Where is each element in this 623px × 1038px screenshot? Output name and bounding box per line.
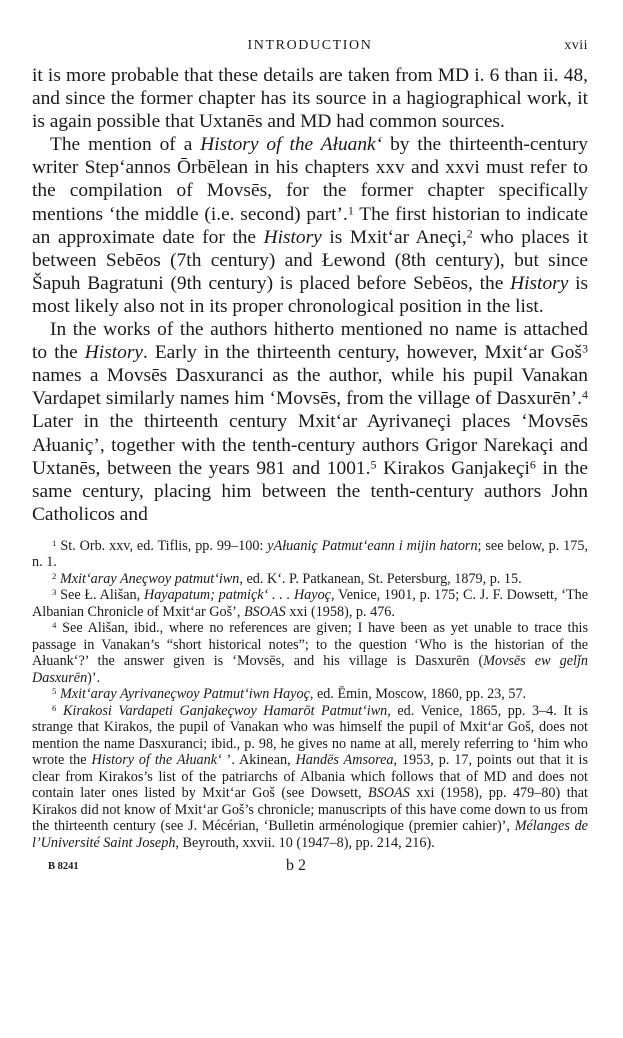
- text-run: is Mxit‘ar Aneçi,: [322, 227, 467, 248]
- footnotes: 1 St. Orb. xxv, ed. Tiflis, pp. 99–100: …: [32, 538, 588, 852]
- footnote: 4 See Ališan, ibid., where no references…: [32, 620, 588, 686]
- running-head: INTRODUCTION xvii: [32, 34, 588, 56]
- italic-title: History: [264, 227, 322, 248]
- printer-signature: B 8241 b 2: [32, 857, 588, 879]
- running-head-title: INTRODUCTION: [32, 38, 588, 54]
- text-run: . Early in the thirteenth century, howev…: [143, 342, 582, 363]
- italic-title: History of the Ałuank‘: [91, 752, 221, 768]
- italic-title: BSOAS: [368, 785, 410, 801]
- text-run: it is more probable that these details a…: [32, 65, 588, 132]
- text-run: Kirakos Ganjakeçi: [376, 458, 529, 479]
- text-run: names a Movsēs Dasxuranci as the author,…: [32, 365, 588, 409]
- text-run: ’. Akinean,: [222, 752, 296, 768]
- footnote: 2 Mxit‘aray Aneçwoy patmut‘iwn, ed. K‘. …: [32, 571, 588, 588]
- paragraph: In the works of the authors hitherto men…: [32, 318, 588, 526]
- italic-title: History: [510, 273, 568, 294]
- footnote-ref: 3: [582, 342, 588, 356]
- italic-title: History of the Ałuank‘: [200, 134, 382, 155]
- signature-mark: b 2: [286, 857, 306, 875]
- italic-title: Hayapatum; patmiçk‘ . . . Hayoç: [144, 587, 331, 603]
- italic-title: History: [85, 342, 143, 363]
- italic-title: Kirakosi Vardapeti Ganjakeçwoy Hamarōt P…: [63, 703, 387, 719]
- footnote: 3 See Ł. Ališan, Hayapatum; patmiçk‘ . .…: [32, 587, 588, 620]
- footnote: 5 Mxit‘aray Ayrivaneçwoy Patmut‘iwn Hayo…: [32, 686, 588, 703]
- text-run: St. Orb. xxv, ed. Tiflis, pp. 99–100:: [60, 538, 267, 554]
- book-page: INTRODUCTION xvii it is more probable th…: [32, 34, 588, 879]
- italic-title: BSOAS: [244, 604, 286, 620]
- footnote: 6 Kirakosi Vardapeti Ganjakeçwoy Hamarōt…: [32, 703, 588, 852]
- footnote-number: 3: [52, 587, 56, 597]
- page-number: xvii: [564, 38, 588, 54]
- footnote-number: 1: [52, 538, 56, 548]
- paragraph: The mention of a History of the Ałuank‘ …: [32, 133, 588, 318]
- footnote: 1 St. Orb. xxv, ed. Tiflis, pp. 99–100: …: [32, 538, 588, 571]
- footnote-ref: 4: [582, 388, 588, 402]
- signature-code: B 8241: [48, 861, 79, 872]
- text-run: The mention of a: [50, 134, 200, 155]
- footnote-number: 2: [52, 571, 56, 581]
- text-run: , Beyrouth, xxvii. 10 (1947–8), pp. 214,…: [175, 835, 434, 851]
- paragraph: it is more probable that these details a…: [32, 64, 588, 133]
- text-run: See Ł. Ališan,: [60, 587, 144, 603]
- text-run: , ed. Ēmin, Moscow, 1860, pp. 23, 57.: [310, 686, 526, 702]
- text-run: )’.: [87, 670, 100, 686]
- italic-title: yAłuaniç Patmut‘eann i mijin hatorn: [267, 538, 477, 554]
- footnote-number: 4: [52, 620, 56, 630]
- italic-title: Handēs Amsorea: [296, 752, 394, 768]
- italic-title: Mxit‘aray Ayrivaneçwoy Patmut‘iwn Hayoç: [60, 686, 310, 702]
- main-text: it is more probable that these details a…: [32, 64, 588, 526]
- footnote-number: 6: [52, 703, 56, 713]
- text-run: , ed. K‘. P. Patkanean, St. Petersburg, …: [239, 571, 521, 587]
- footnote-number: 5: [52, 686, 56, 696]
- italic-title: Mxit‘aray Aneçwoy patmut‘iwn: [60, 571, 239, 587]
- text-run: xxi (1958), p. 476.: [286, 604, 395, 620]
